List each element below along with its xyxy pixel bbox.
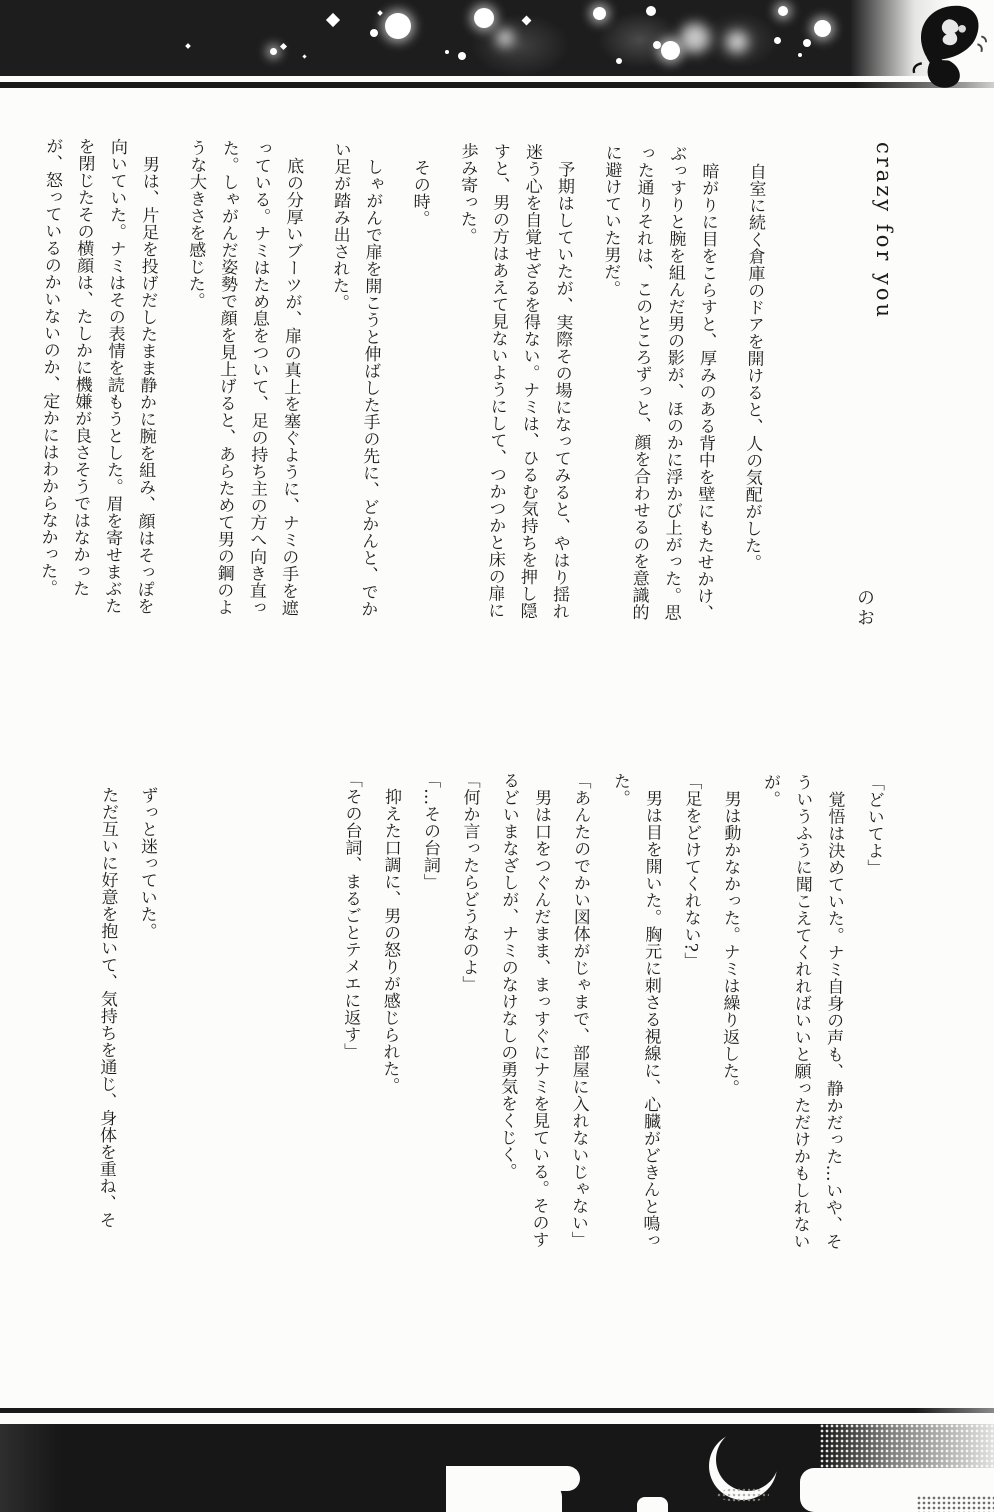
dialogue-line: 「…その台詞」 xyxy=(411,771,446,1247)
narration-paragraph: 底の分厚いブーツが、扉の真上を塞ぐように、ナミの手を遮っている。ナミはため息をつ… xyxy=(174,139,309,623)
text-block-dialogue: 「どいてよ」覚悟は決めていた。ナミ自身の声も、静かだった…いや、そういうふうに聞… xyxy=(29,769,890,1250)
narration-paragraph: ずっと迷っていた。 xyxy=(128,769,163,1245)
star-icon xyxy=(661,41,680,60)
dialogue-line: 「何か言ったらどうなのよ」 xyxy=(451,771,486,1247)
dialogue-line: 「どいてよ」 xyxy=(855,774,890,1250)
crescent-moon-icon xyxy=(709,1432,779,1502)
narration-paragraph: ただ互いに好意を抱いて、気持ちを通じ、身体を重ね、そ xyxy=(89,769,124,1245)
page-title: crazy for you xyxy=(872,142,896,320)
star-icon xyxy=(445,50,449,54)
narration-paragraph: 男は、片足を投げだしたまま静かに腕を組み、顔はそっぽを向いていた。ナミはその表情… xyxy=(30,137,165,621)
cloud-bar xyxy=(637,1497,668,1512)
author-name: のお xyxy=(851,588,877,628)
star-icon xyxy=(458,52,466,60)
text-block-opening: 自室に続く倉庫のドアを開けると、人の気配がした。暗がりに目をこらすと、厚みのある… xyxy=(22,137,772,628)
butterfly-icon xyxy=(892,0,990,96)
narration-paragraph: 予期はしていたが、実際その場になってみると、やはり揺れ迷う心を自覚せざるを得ない… xyxy=(445,142,580,626)
star-icon xyxy=(803,39,811,47)
moon-inner xyxy=(716,1428,779,1491)
narration-paragraph: 男は口をつぐんだまま、まっすぐにナミを見ている。そのするどいまなざしが、ナミのな… xyxy=(490,772,558,1248)
narration-paragraph: しゃがんで扉を開こうと伸ばした手の先に、どかんと、でかい足が踏み出された。 xyxy=(319,141,389,624)
narration-paragraph: 男は動かなかった。ナミは繰り返した。 xyxy=(712,773,747,1249)
moon-halftone xyxy=(717,1488,769,1502)
star-icon xyxy=(814,20,831,37)
star-icon xyxy=(270,48,277,55)
dialogue-line: 「足をどけてくれない?」 xyxy=(672,773,707,1249)
narration-paragraph: 暗がりに目をこらすと、厚みのある背中を壁にもたせかけ、ぶっすりと腕を組んだ男の影… xyxy=(590,144,725,628)
narration-paragraph: 自室に続く倉庫のドアを開けると、人の気配がした。 xyxy=(734,146,772,628)
top-rule xyxy=(0,82,994,88)
corner-halftone xyxy=(917,1496,994,1512)
star-icon xyxy=(680,23,710,53)
narration-paragraph: その時。 xyxy=(398,142,436,624)
narration-paragraph: 男は目を開いた。胸元に刺さる視線に、心臓がどきんと鳴った。 xyxy=(601,772,669,1248)
star-icon xyxy=(646,6,656,16)
narration-paragraph: 覚悟は決めていた。ナミ自身の声も、静かだった…いや、そういうふうに聞こえてくれれ… xyxy=(751,773,851,1250)
dialogue-line: 「あんたのでかい図体がじゃまで、部屋に入れないじゃない」 xyxy=(561,772,596,1248)
narration-paragraph: 抑えた口調に、男の怒りが感じられた。 xyxy=(372,771,407,1247)
cloud-bar xyxy=(446,1483,562,1512)
star-icon xyxy=(385,13,411,39)
star-icon xyxy=(474,8,494,28)
star-icon xyxy=(726,31,748,53)
scanned-novel-page: { "page": { "title": "crazy for you", "a… xyxy=(0,0,994,1512)
star-icon xyxy=(496,29,514,47)
star-icon xyxy=(774,37,781,44)
dialogue-line: 「その台詞、まるごとテメエに返す」 xyxy=(333,771,368,1247)
star-icon xyxy=(302,54,306,58)
bottom-rule xyxy=(0,1408,994,1413)
star-icon xyxy=(778,6,788,16)
star-icon xyxy=(653,41,661,49)
star-icon xyxy=(370,29,378,37)
star-icon xyxy=(798,53,802,57)
star-icon xyxy=(616,58,622,64)
star-icon xyxy=(593,7,606,20)
